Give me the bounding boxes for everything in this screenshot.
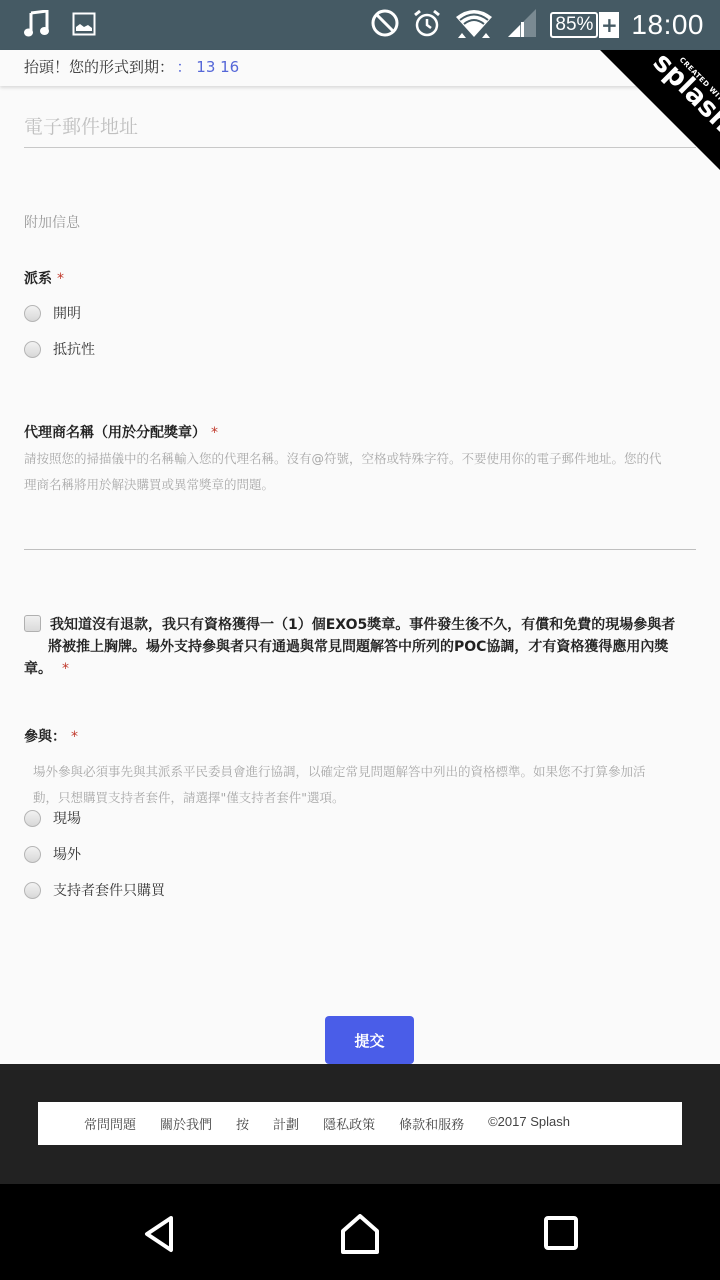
wifi-icon <box>454 7 494 43</box>
do-not-disturb-icon <box>370 8 400 42</box>
participation-label-text: 參與： <box>24 729 66 745</box>
battery-percent: 85% <box>550 12 598 38</box>
banner-text: 抬頭！您的形式到期： <box>24 58 167 76</box>
required-mark: * <box>211 425 218 441</box>
agreement-text: 章。 <box>24 661 52 677</box>
footer-link-faq[interactable]: 常問問題 <box>84 1114 136 1133</box>
radio-label: 現場 <box>53 808 81 828</box>
footer: 常問問題 關於我們 按 計劃 隱私政策 條款和服務 ©2017 Splash <box>0 1064 720 1184</box>
footer-link-about[interactable]: 關於我們 <box>160 1114 212 1133</box>
agreement-text: 我知道沒有退款，我只有資格獲得一（1）個EXO5獎章。事件發生後不久，有償和免費… <box>50 617 675 633</box>
agent-name-label-text: 代理商名稱（用於分配獎章） <box>24 425 206 441</box>
agent-name-input[interactable] <box>24 506 696 550</box>
copyright: ©2017 Splash <box>488 1114 570 1129</box>
radio-button[interactable] <box>24 341 41 358</box>
agent-name-label: 代理商名稱（用於分配獎章）* <box>24 422 218 442</box>
help-line: 請按照您的掃描儀中的名稱輸入您的代理名稱。沒有@符號，空格或特殊字符。不要使用你… <box>24 446 696 472</box>
footer-link-terms[interactable]: 條款和服務 <box>399 1114 464 1133</box>
navigation-bar <box>0 1184 720 1280</box>
radio-offsite[interactable]: 場外 <box>24 844 81 864</box>
status-bar: 85% + 18:00 <box>0 0 720 50</box>
splash-ribbon[interactable]: CREATED WITH splash <box>600 50 720 170</box>
submit-button[interactable]: 提交 <box>325 1016 414 1064</box>
back-icon[interactable] <box>140 1214 180 1254</box>
footer-link-plans[interactable]: 計劃 <box>273 1114 299 1133</box>
radio-faction-enlightened[interactable]: 開明 <box>24 303 81 323</box>
agreement-text: 將被推上胸牌。場外支持參與者只有通過與常見問題解答中所列的POC協調，才有資格獲… <box>24 636 696 658</box>
radio-button[interactable] <box>24 846 41 863</box>
countdown-timer: ： 13 16 <box>177 58 240 76</box>
agreement-checkbox[interactable] <box>24 615 41 632</box>
signal-icon <box>506 8 538 42</box>
radio-label: 場外 <box>53 844 81 864</box>
radio-faction-resistance[interactable]: 抵抗性 <box>24 339 95 359</box>
radio-label: 開明 <box>53 303 81 323</box>
required-mark: * <box>62 661 69 677</box>
help-line: 動，只想購買支持者套件，請選擇"僅支持者套件"選項。 <box>33 785 696 811</box>
image-icon <box>72 12 96 40</box>
required-mark: * <box>57 271 64 287</box>
participation-help: 場外參與必須事先與其派系平民委員會進行協調，以確定常見問題解答中列出的資格標準。… <box>24 759 696 811</box>
radio-supporter-kit[interactable]: 支持者套件只購買 <box>24 880 165 900</box>
radio-button[interactable] <box>24 882 41 899</box>
alarm-icon <box>412 8 442 42</box>
footer-link-press[interactable]: 按 <box>236 1114 249 1133</box>
faction-label-text: 派系 <box>24 271 52 287</box>
required-mark: * <box>71 729 78 745</box>
charging-icon: + <box>599 12 619 38</box>
clock: 18:00 <box>631 9 704 41</box>
radio-button[interactable] <box>24 305 41 322</box>
recents-icon[interactable] <box>542 1214 582 1254</box>
agent-name-help: 請按照您的掃描儀中的名稱輸入您的代理名稱。沒有@符號，空格或特殊字符。不要使用你… <box>24 446 696 498</box>
email-field[interactable] <box>24 106 696 148</box>
footer-links: 常問問題 關於我們 按 計劃 隱私政策 條款和服務 ©2017 Splash <box>38 1102 682 1145</box>
extra-info-heading: 附加信息 <box>24 212 80 232</box>
radio-label: 支持者套件只購買 <box>53 880 165 900</box>
battery-indicator: 85% + <box>550 12 619 38</box>
footer-link-privacy[interactable]: 隱私政策 <box>323 1114 375 1133</box>
radio-label: 抵抗性 <box>53 339 95 359</box>
agreement-checkbox-row[interactable]: 我知道沒有退款，我只有資格獲得一（1）個EXO5獎章。事件發生後不久，有償和免費… <box>24 614 696 680</box>
help-line: 場外參與必須事先與其派系平民委員會進行協調，以確定常見問題解答中列出的資格標準。… <box>33 759 696 785</box>
faction-label: 派系* <box>24 268 64 288</box>
radio-onsite[interactable]: 現場 <box>24 808 81 828</box>
radio-button[interactable] <box>24 810 41 827</box>
home-icon[interactable] <box>340 1214 380 1254</box>
participation-label: 參與：* <box>24 726 78 746</box>
music-note-icon <box>24 10 50 42</box>
help-line: 理商名稱將用於解決購買或異常獎章的問題。 <box>24 472 696 498</box>
